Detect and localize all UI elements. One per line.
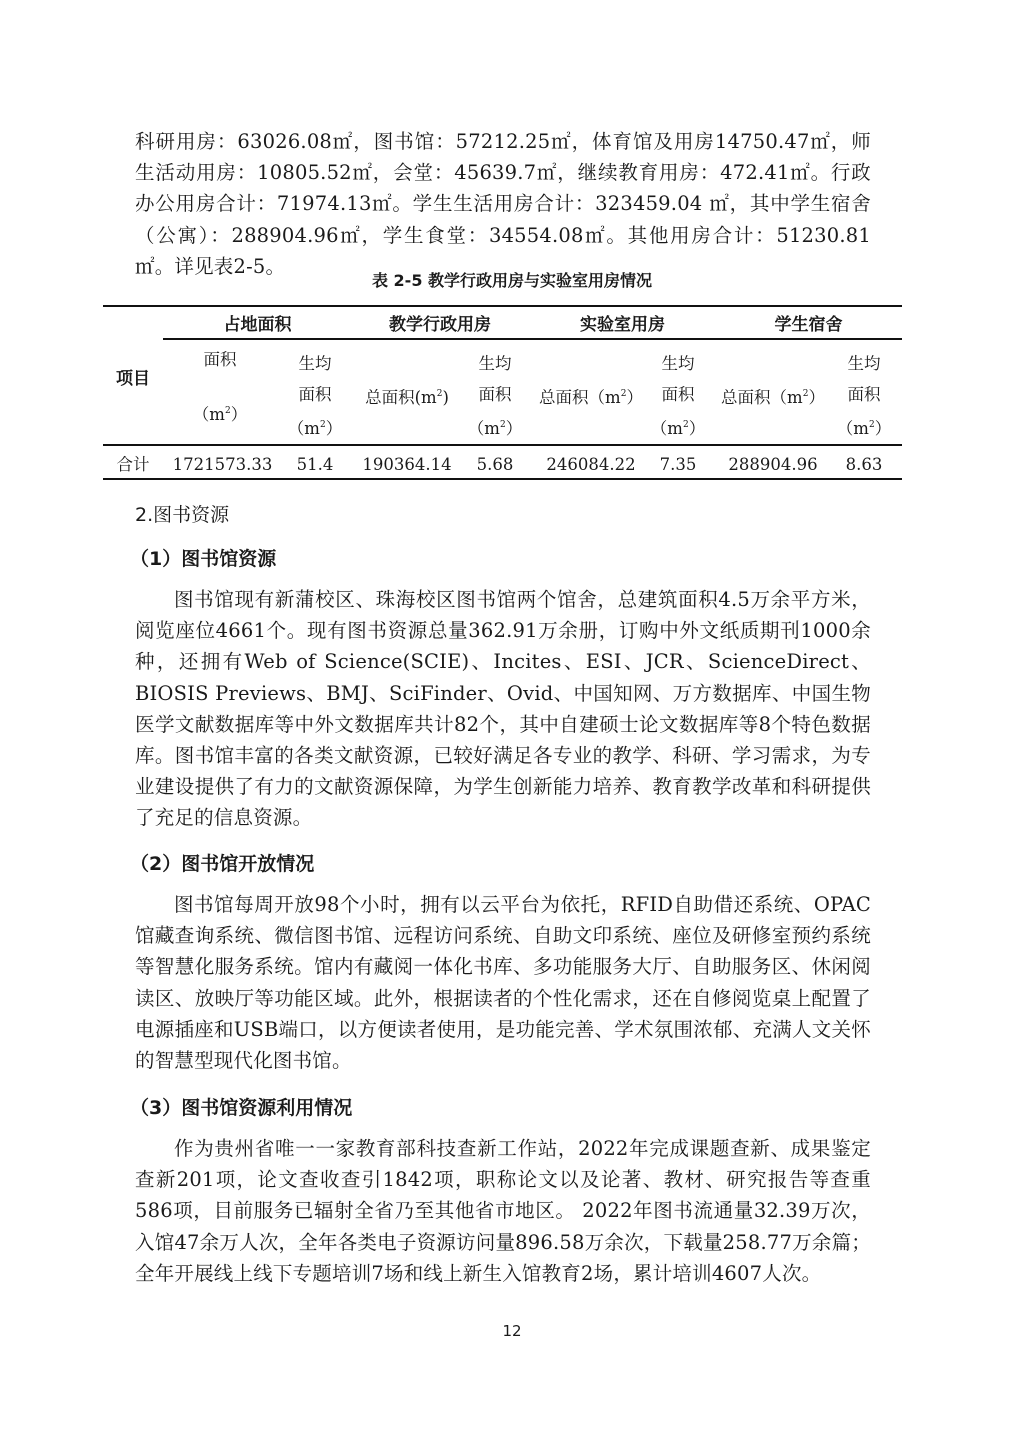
subheader-total-area-dorm: 总面积（m2） — [717, 379, 829, 413]
cell-teaching-per-capita: 5.68 — [465, 449, 525, 480]
table-header-rule — [103, 444, 902, 446]
subheader-per-capita-4: 生均 — [834, 348, 894, 379]
row-header-item: 项目 — [108, 364, 158, 395]
subheader-area: 面积 — [170, 344, 270, 375]
subheader-per-capita-2b: 面积 — [465, 379, 525, 410]
subsection-heading-1: （1）图书馆资源 — [130, 544, 276, 571]
subheader-per-capita-1: 生均 — [285, 348, 345, 379]
group-header-teaching-admin: 教学行政用房 — [350, 310, 530, 341]
subsection-heading-2: （2）图书馆开放情况 — [130, 849, 314, 876]
cell-dorm-total: 288904.96 — [717, 449, 829, 480]
subheader-per-capita-2: 生均 — [465, 348, 525, 379]
group-header-land-area: 占地面积 — [165, 310, 350, 341]
subheader-per-capita-1b: 面积 — [285, 379, 345, 410]
subsection-heading-3: （3）图书馆资源利用情况 — [130, 1093, 352, 1120]
subheader-per-capita-4b: 面积 — [834, 379, 894, 410]
subheader-per-capita-1-unit: （m2） — [285, 410, 345, 444]
cell-lab-per-capita: 7.35 — [648, 449, 708, 480]
cell-lab-total: 246084.22 — [535, 449, 647, 480]
group-header-dormitory: 学生宿舍 — [715, 310, 902, 341]
cell-land-area: 1721573.33 — [165, 449, 280, 480]
cell-teaching-total: 190364.14 — [352, 449, 462, 480]
intro-paragraph: 科研用房：63026.08㎡，图书馆：57212.25㎡，体育馆及用房14750… — [135, 126, 871, 282]
group-header-laboratory: 实验室用房 — [530, 310, 715, 341]
subheader-per-capita-4-unit: （m2） — [834, 410, 894, 444]
cell-dorm-per-capita: 8.63 — [834, 449, 894, 480]
subheader-total-area-lab: 总面积（m2） — [535, 379, 647, 413]
subheader-per-capita-3-unit: （m2） — [648, 410, 708, 444]
subheader-per-capita-2-unit: （m2） — [465, 410, 525, 444]
subheader-per-capita-3: 生均 — [648, 348, 708, 379]
subheader-total-area-teaching: 总面积(m2) — [352, 379, 462, 413]
page-number: 12 — [0, 1322, 1024, 1340]
section-heading-library-resources: 2.图书资源 — [135, 500, 229, 527]
subsection-body-3: 作为贵州省唯一一家教育部科技查新工作站，2022年完成课题查新、成果鉴定查新20… — [135, 1133, 871, 1289]
table-caption: 表 2-5 教学行政用房与实验室用房情况 — [0, 268, 1024, 291]
subheader-per-capita-3b: 面积 — [648, 379, 708, 410]
subsection-body-2: 图书馆每周开放98个小时，拥有以云平台为依托，RFID自助借还系统、OPAC馆藏… — [135, 889, 871, 1076]
document-page: 科研用房：63026.08㎡，图书馆：57212.25㎡，体育馆及用房14750… — [0, 0, 1024, 1448]
table-top-rule — [103, 305, 902, 307]
subheader-area-unit: （m2） — [170, 396, 270, 430]
subsection-body-1: 图书馆现有新蒲校区、珠海校区图书馆两个馆舍，总建筑面积4.5万余平方米，阅览座位… — [135, 584, 871, 834]
cell-land-per-capita: 51.4 — [285, 449, 345, 480]
row-label: 合计 — [108, 449, 158, 480]
